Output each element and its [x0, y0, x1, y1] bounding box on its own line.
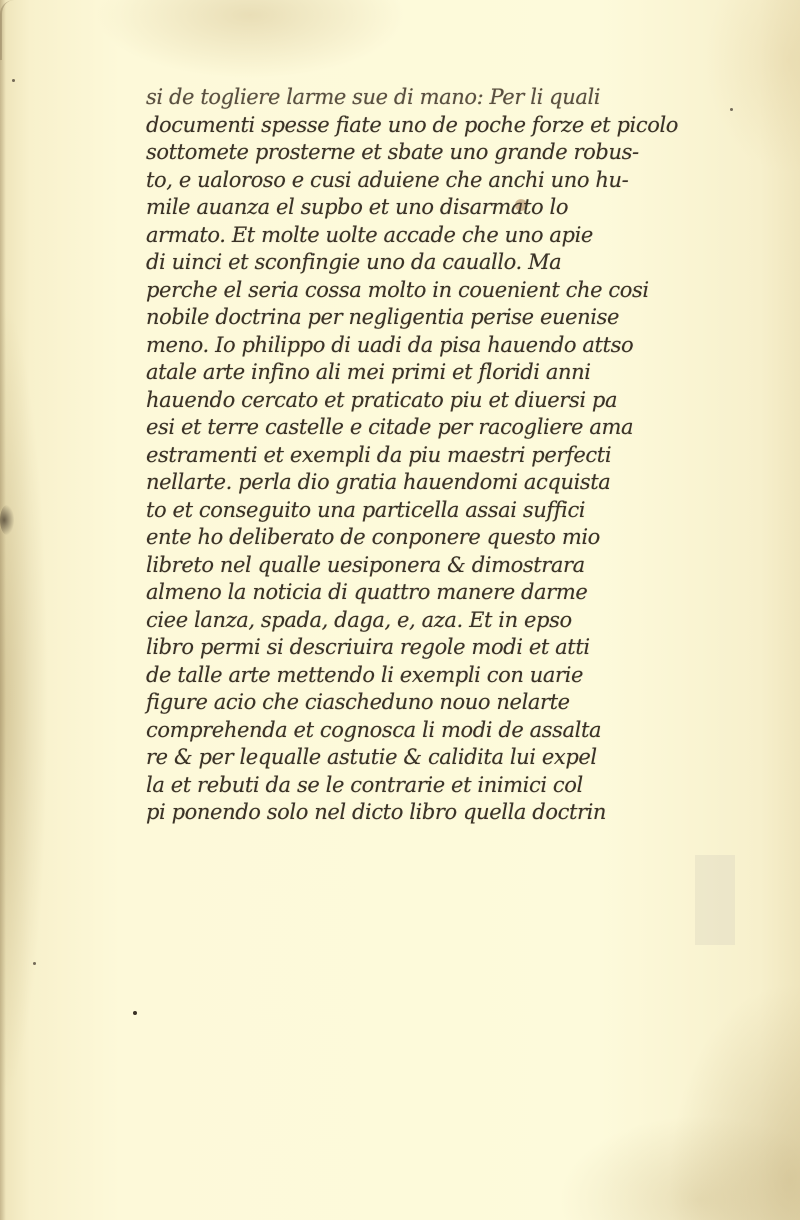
manuscript-page: si de togliere larme sue di mano: Per li…: [0, 0, 800, 1220]
manuscript-text: si de togliere larme sue di mano: Per li…: [146, 84, 746, 827]
text-line: de talle arte mettendo li exempli con ua…: [146, 662, 746, 690]
margin-dot-marker: [133, 1011, 137, 1015]
text-line: hauendo cercato et praticato piu et diue…: [146, 387, 746, 415]
text-line: armato. Et molte uolte accade che uno ap…: [146, 222, 746, 250]
text-line: ente ho deliberato de conponere questo m…: [146, 524, 746, 552]
text-line: atale arte infino ali mei primi et flori…: [146, 359, 746, 387]
text-line: meno. Io philippo di uadi da pisa hauend…: [146, 332, 746, 360]
text-line: esi et terre castelle e citade per racog…: [146, 414, 746, 442]
text-line: to, e ualoroso e cusi aduiene che anchi …: [146, 167, 746, 195]
text-line: documenti spesse fiate uno de poche forz…: [146, 112, 746, 140]
page-edge-shadow: [0, 0, 6, 1220]
text-line: comprehenda et cognosca li modi de assal…: [146, 717, 746, 745]
text-line: libro permi si descriuira regole modi et…: [146, 634, 746, 662]
text-line: nobile doctrina per negligentia perise e…: [146, 304, 746, 332]
text-line: almeno la noticia di quattro manere darm…: [146, 579, 746, 607]
text-line: si de togliere larme sue di mano: Per li…: [146, 84, 746, 112]
text-line: estramenti et exempli da piu maestri per…: [146, 442, 746, 470]
text-line: figure acio che ciascheduno nouo nelarte: [146, 689, 746, 717]
text-line: perche el seria cossa molto in couenient…: [146, 277, 746, 305]
text-line: libreto nel qualle uesiponera & dimostra…: [146, 552, 746, 580]
text-line: ciee lanza, spada, daga, e, aza. Et in e…: [146, 607, 746, 635]
text-line: sottomete prosterne et sbate uno grande …: [146, 139, 746, 167]
faded-patch: [695, 855, 735, 945]
text-line: la et rebuti da se le contrarie et inimi…: [146, 772, 746, 800]
text-line: to et conseguito una particella assai su…: [146, 497, 746, 525]
ink-smudge: [0, 505, 14, 535]
page-corner-curl: [0, 0, 16, 60]
speck: [33, 962, 36, 965]
text-line: pi ponendo solo nel dicto libro quella d…: [146, 799, 746, 827]
speck: [12, 79, 15, 82]
text-line: di uinci et sconfingie uno da cauallo. M…: [146, 249, 746, 277]
text-line: nellarte. perla dio gratia hauendomi acq…: [146, 469, 746, 497]
text-line: re & per lequalle astutie & calidita lui…: [146, 744, 746, 772]
text-line: mile auanza el supbo et uno disarmato lo: [146, 194, 746, 222]
